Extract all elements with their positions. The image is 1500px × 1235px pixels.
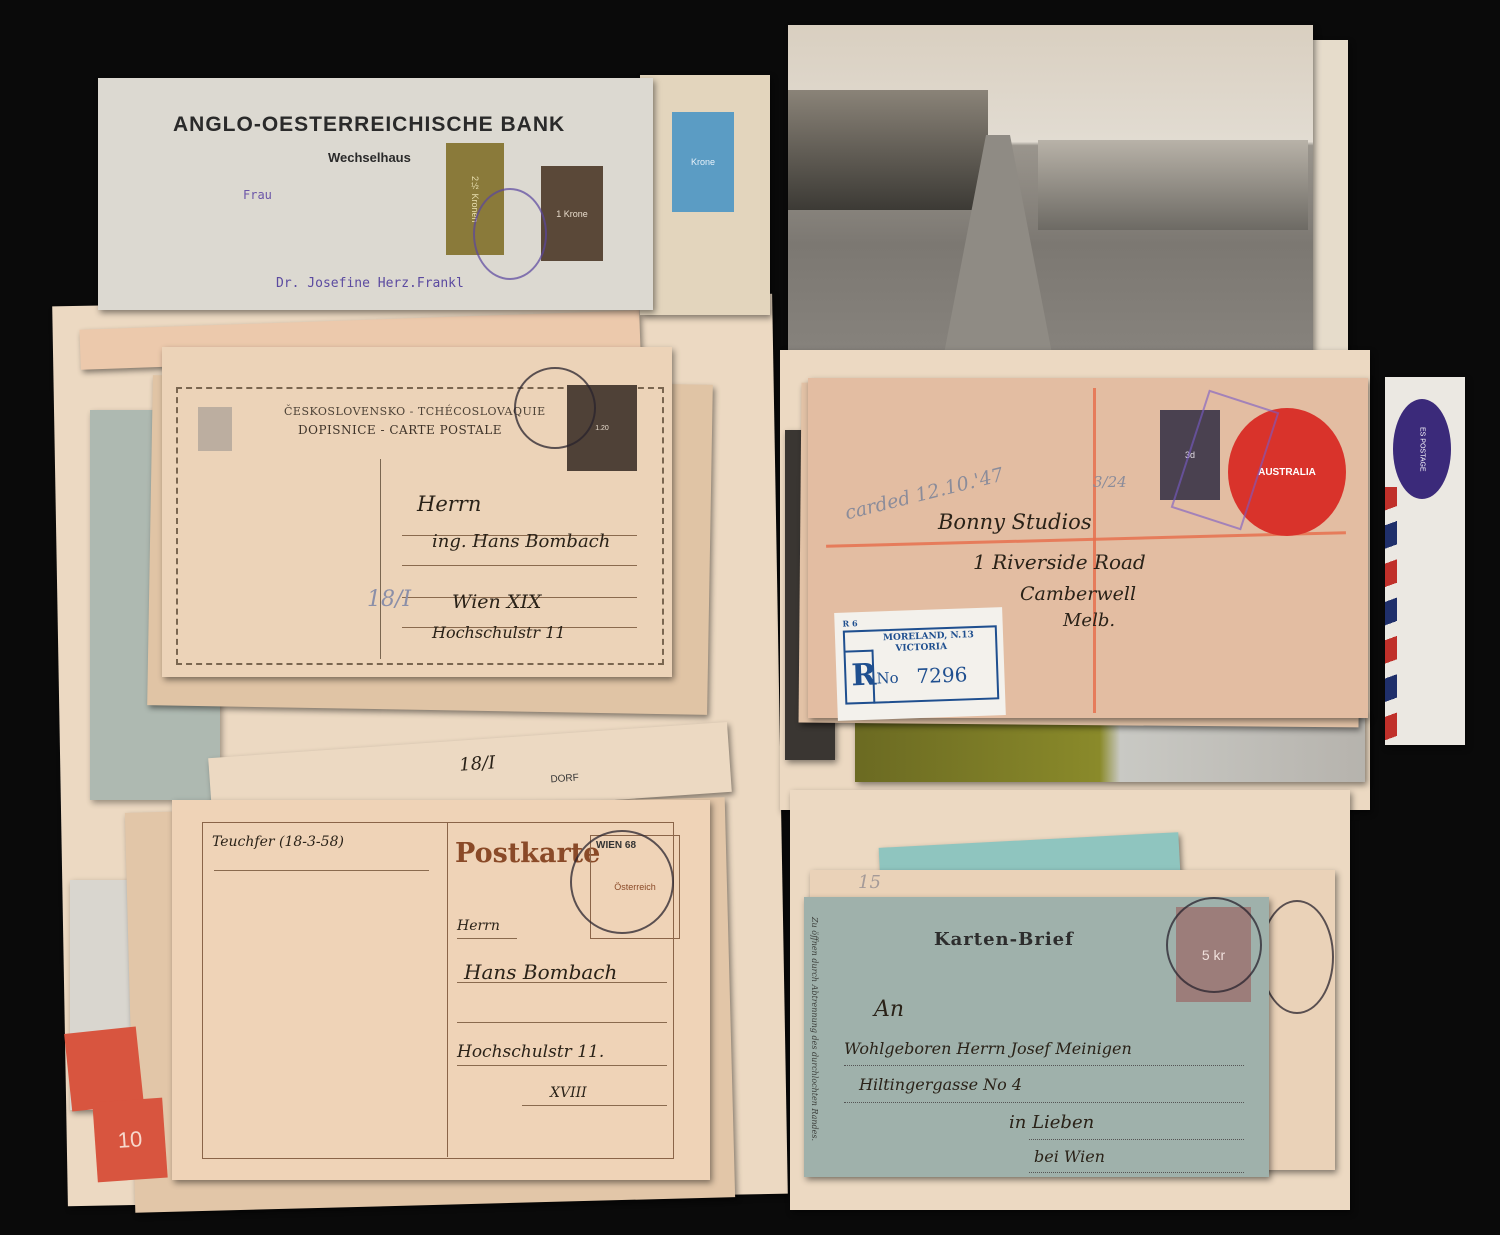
- rimini-photo-postcard: Rimini: [788, 25, 1313, 390]
- partial-cancel-text: DORF: [550, 772, 579, 785]
- kb-address-4: in Lieben: [1009, 1112, 1094, 1133]
- bank-envelope: ANGLO-OESTERREICHISCHE BANK Wechselhaus …: [98, 78, 653, 310]
- czech-header-line1: ČESKOSLOVENSKO - TCHÉCOSLOVAQUIE: [284, 405, 546, 418]
- ring-cancel: [1260, 900, 1334, 1014]
- registration-label: R 6 R MORELAND, N.13 VICTORIA No 7296: [834, 607, 1006, 721]
- reg-letter: R: [851, 658, 877, 694]
- cancel-text: WIEN 68: [596, 840, 636, 851]
- lion-emblem: [198, 407, 232, 451]
- airmail-envelope: ES POSTAGE: [1385, 377, 1465, 745]
- minoritenplatz-cancel: [1166, 897, 1262, 993]
- postkarte-address-1: Herrn: [457, 918, 500, 934]
- fraction-note: 3/24: [1093, 473, 1127, 491]
- airmail-border: [1385, 487, 1397, 745]
- aus-address-3: Camberwell: [1020, 583, 1136, 605]
- bank-subtitle: Wechselhaus: [328, 150, 411, 165]
- addressee: Dr. Josefine Herz.Frankl: [276, 276, 464, 291]
- strip-note: 18/I: [459, 752, 496, 775]
- beach-cabins: [1038, 140, 1308, 230]
- aus-address-1: Bonny Studios: [938, 510, 1092, 534]
- pencil-note: 18/I: [367, 587, 411, 612]
- reg-state: VICTORIA: [895, 642, 947, 654]
- karten-brief-lettercard: Zu öffnen durch Abtrennung des durchloch…: [804, 897, 1269, 1177]
- reg-number: 7296: [916, 662, 968, 688]
- australia-registered-envelope: 3d AUSTRALIA carded 12.10.'47 3/24 Bonny…: [808, 378, 1368, 718]
- red-stamp-10: 10: [92, 1098, 167, 1183]
- stamp-blue-krone: Krone: [672, 112, 734, 212]
- address-line-2: ing. Hans Bombach: [432, 531, 610, 552]
- czech-header-line2: DOPISNICE - CARTE POSTALE: [298, 423, 502, 437]
- side-instruction: Zu öffnen durch Abtrennung des durchloch…: [810, 917, 819, 1167]
- kb-address-2: Wohlgeboren Herrn Josef Meinigen: [844, 1039, 1132, 1058]
- postkarte-address-3: Hochschulstr 11.: [457, 1042, 604, 1062]
- wien-cancel: WIEN 68: [570, 830, 674, 934]
- austrian-postkarte: Teuchfer (18-3-58) Postkarte Österreich …: [172, 800, 710, 1180]
- postkarte-address-4: XVIII: [550, 1085, 587, 1101]
- divider: [380, 459, 381, 659]
- pencil-number: 15: [858, 872, 881, 893]
- kb-address-5: bei Wien: [1034, 1147, 1105, 1166]
- address-line-1: Herrn: [417, 492, 481, 516]
- kb-address-1: An: [874, 997, 904, 1022]
- card-divider: [447, 822, 448, 1157]
- violet-cancel-mark: [473, 188, 547, 280]
- address-line-4: Hochschulstr 11: [432, 623, 565, 642]
- reg-code: R 6: [842, 618, 857, 629]
- postkarte-address-2: Hans Bombach: [464, 960, 617, 984]
- reg-number-prefix: No: [876, 669, 899, 688]
- address-line-3: Wien XIX: [452, 591, 541, 613]
- bank-letterhead: ANGLO-OESTERREICHISCHE BANK: [173, 113, 565, 137]
- czech-cancel: [514, 367, 596, 449]
- sender-note: Teuchfer (18-3-58): [212, 834, 344, 850]
- czech-postcard: ČESKOSLOVENSKO - TCHÉCOSLOVAQUIE DOPISNI…: [162, 347, 672, 677]
- hotel-buildings: [788, 90, 988, 210]
- salutation: Frau: [243, 188, 272, 202]
- aus-address-4: Melb.: [1063, 610, 1115, 631]
- reg-frame: R MORELAND, N.13 VICTORIA No 7296: [843, 625, 999, 704]
- reg-office: MORELAND, N.13: [883, 630, 974, 643]
- kb-address-3: Hiltingergasse No 4: [859, 1075, 1022, 1094]
- embossed-postage-stamp: ES POSTAGE: [1393, 399, 1451, 499]
- stamp-1-krone: 1 Krone: [541, 166, 603, 261]
- aus-address-2: 1 Riverside Road: [973, 550, 1146, 574]
- kartenbrief-title: Karten-Brief: [934, 929, 1074, 950]
